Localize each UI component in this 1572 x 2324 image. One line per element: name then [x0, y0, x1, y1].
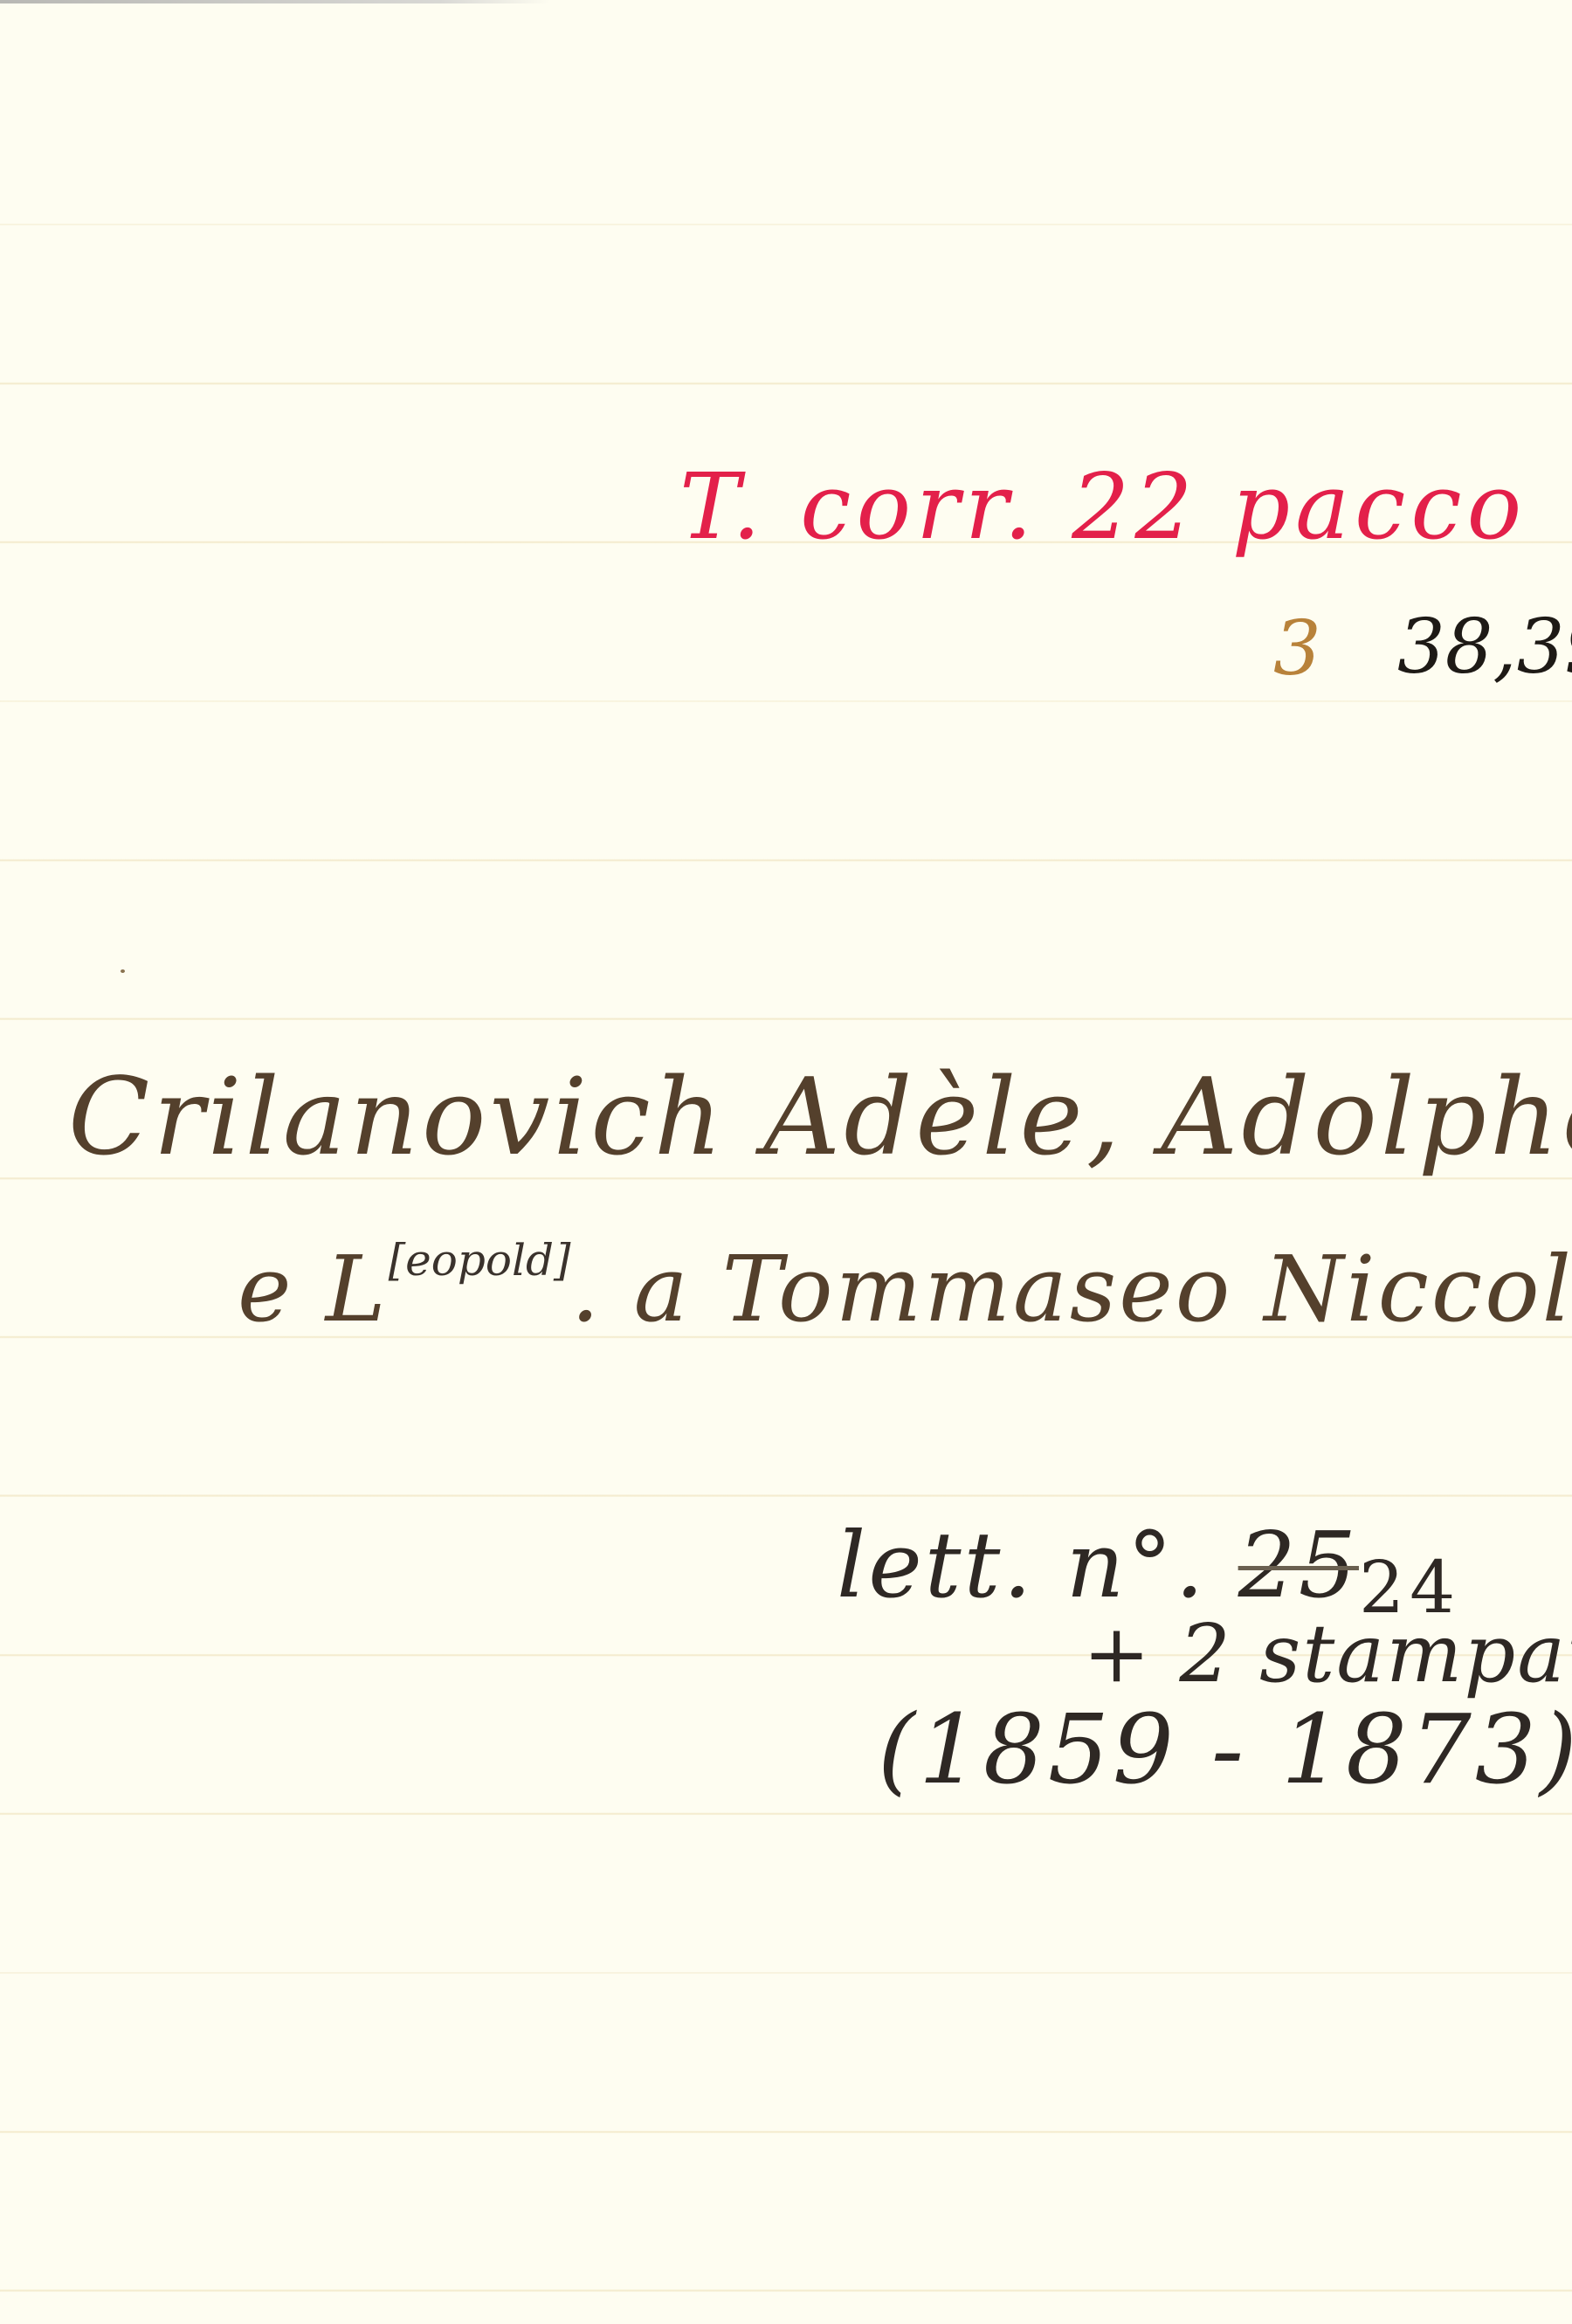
recipient-name: . a Tommaseo Niccolò — [571, 1236, 1572, 1342]
folder-number: 3 — [1273, 611, 1323, 686]
scan-edge-shadow — [0, 0, 550, 3]
date-range: (1859 - 1873) — [878, 1701, 1572, 1797]
archive-index-card: T. corr. 22 pacco 71. 3 38,39 Crilanovic… — [0, 0, 1572, 2324]
recipient-line: e L[eopold]. a Tommaseo Niccolò — [238, 1238, 1572, 1334]
shelfmark-text: T. corr. 22 pacco 71. — [679, 461, 1572, 552]
item-range: 38,39 — [1397, 610, 1572, 685]
letter-count-struck: 25 — [1238, 1512, 1359, 1618]
recipient-line-prefix: e L — [238, 1236, 389, 1342]
letter-count-label: lett. n°. — [837, 1512, 1207, 1618]
printed-items: + 2 stampati — [1083, 1614, 1572, 1694]
editorial-supplement: [eopold] — [389, 1235, 571, 1286]
correspondent-names: Crilanovich Adèle, Adolphe — [68, 1064, 1572, 1170]
paper-speck — [121, 969, 125, 973]
